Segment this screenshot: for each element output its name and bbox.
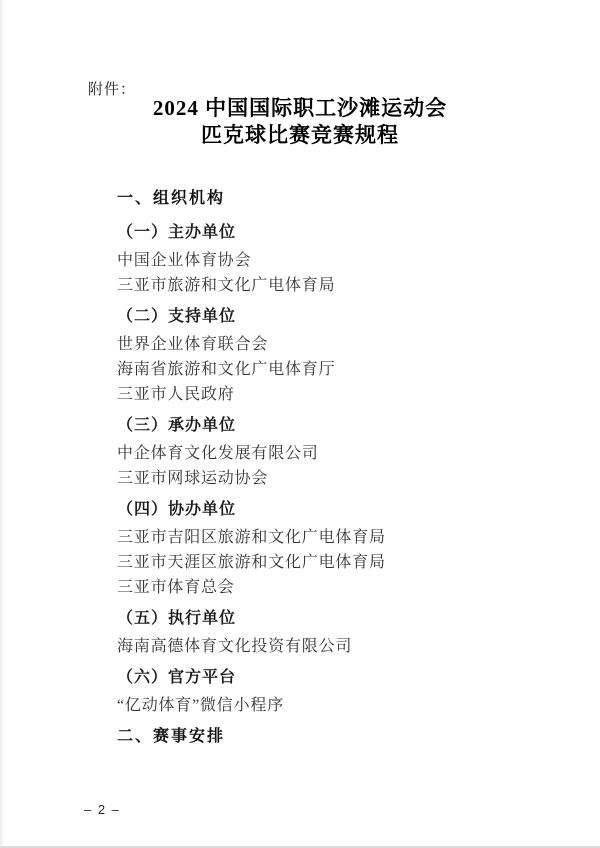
doc-line-body: “亿动体育”微信小程序 bbox=[117, 693, 560, 718]
doc-line-sub: （四）协办单位 bbox=[117, 491, 560, 525]
doc-line-sub: （三）承办单位 bbox=[117, 407, 560, 441]
document-page: 附件： 2024 中国国际职工沙滩运动会 匹克球比赛竞赛规程 一、组织机构（一）… bbox=[0, 0, 600, 848]
doc-line-sub: （二）支持单位 bbox=[117, 298, 560, 332]
doc-line-body: 三亚市人民政府 bbox=[117, 382, 560, 407]
doc-line-body: 三亚市旅游和文化广电体育局 bbox=[117, 273, 560, 298]
title-line-2: 匹克球比赛竞赛规程 bbox=[201, 123, 399, 147]
doc-line-body: 三亚市体育总会 bbox=[117, 575, 560, 600]
doc-line-body: 世界企业体育联合会 bbox=[117, 332, 560, 357]
doc-line-body: 中国企业体育协会 bbox=[117, 248, 560, 273]
doc-line-sub: （一）主办单位 bbox=[117, 214, 560, 248]
document-body: 一、组织机构（一）主办单位中国企业体育协会三亚市旅游和文化广电体育局（二）支持单… bbox=[117, 180, 560, 752]
doc-line-section: 一、组织机构 bbox=[117, 180, 560, 214]
doc-line-section: 二、赛事安排 bbox=[117, 718, 560, 752]
doc-line-body: 中企体育文化发展有限公司 bbox=[117, 441, 560, 466]
page-number: – 2 – bbox=[84, 802, 120, 817]
title-line-1: 2024 中国国际职工沙滩运动会 bbox=[153, 96, 447, 120]
doc-line-body: 三亚市天涯区旅游和文化广电体育局 bbox=[117, 550, 560, 575]
doc-line-body: 海南高德体育文化投资有限公司 bbox=[117, 634, 560, 659]
doc-line-body: 三亚市吉阳区旅游和文化广电体育局 bbox=[117, 525, 560, 550]
doc-line-sub: （六）官方平台 bbox=[117, 659, 560, 693]
doc-line-body: 三亚市网球运动协会 bbox=[117, 466, 560, 491]
doc-line-body: 海南省旅游和文化广电体育厅 bbox=[117, 357, 560, 382]
document-title: 2024 中国国际职工沙滩运动会 匹克球比赛竞赛规程 bbox=[0, 95, 600, 149]
doc-line-sub: （五）执行单位 bbox=[117, 600, 560, 634]
